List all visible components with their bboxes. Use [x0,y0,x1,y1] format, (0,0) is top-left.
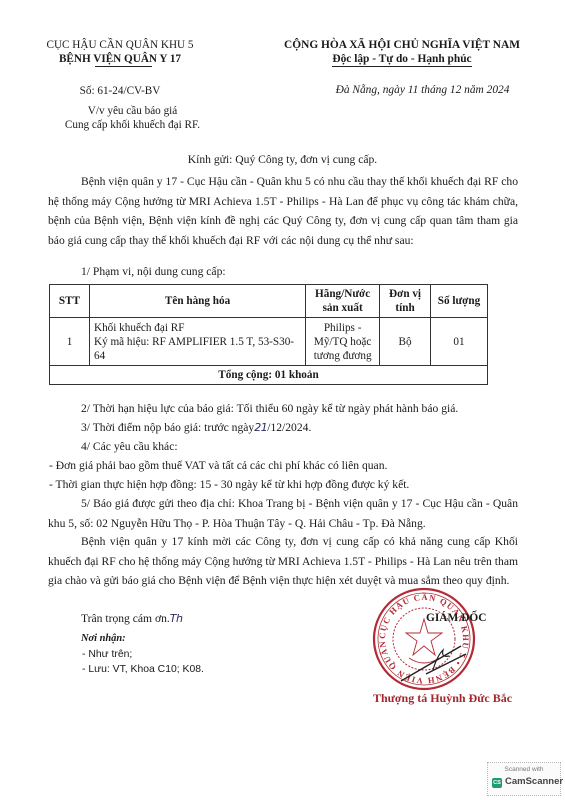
col-header-name: Tên hàng hóa [90,285,306,318]
cell-name: Khối khuếch đại RF Ký mã hiệu: RF AMPLIF… [90,318,306,366]
table-header-row: STT Tên hàng hóa Hãng/Nước sản xuất Đơn … [50,285,488,318]
subject-line-1: V/v yêu cầu báo giá [40,104,225,118]
col-header-stt: STT [50,285,90,318]
recipient-item: - Lưu: VT, Khoa C10; K08. [82,662,204,677]
document-number: Số: 61-24/CV-BV [45,85,195,97]
section-3: 3/ Thời điểm nộp báo giá: trước ngày21/1… [81,418,311,437]
scanned-with-label: Scanned with [488,766,560,773]
col-header-unit: Đơn vị tính [380,285,431,318]
recipients-title: Nơi nhận: [81,633,126,644]
national-heading: CỘNG HÒA XÃ HỘI CHỦ NGHĨA VIỆT NAM Độc l… [262,38,542,67]
section-2: 2/ Thời hạn hiệu lực của báo giá: Tối th… [81,399,458,418]
handwritten-initials: Th [170,612,183,625]
national-motto: Độc lập - Tự do - Hạnh phúc [332,53,471,67]
recipient-item: - Như trên; [82,647,204,662]
signer-name: Thượng tá Huỳnh Đức Bắc [373,691,512,706]
section-4-title: 4/ Các yêu cầu khác: [81,437,178,456]
director-title: GIÁM ĐỐC [426,612,486,624]
org-underline [95,66,152,67]
camscanner-watermark: Scanned with CS CamScanner [487,762,561,796]
section-3-prefix: 3/ Thời điểm nộp báo giá: trước ngày [81,421,254,434]
table-total-row: Tổng cộng: 01 khoản [50,366,488,385]
section-1-title: 1/ Phạm vi, nội dung cung cấp: [81,262,226,281]
thanks-text: Trân trọng cám ơn. [81,612,170,625]
nation-name: CỘNG HÒA XÃ HỘI CHỦ NGHĨA VIỆT NAM [262,38,542,52]
items-table: STT Tên hàng hóa Hãng/Nước sản xuất Đơn … [49,284,488,385]
official-stamp-icon: CỤC HẬU CẦN QUÂN KHU 5 • BỆNH VIỆN QUÂN … [371,586,477,692]
item-name: Khối khuếch đại RF [94,321,301,335]
requirement-item: - Thời gian thực hiện hợp đồng: 15 - 30 … [49,475,409,494]
greeting: Kính gửi: Quý Công ty, đơn vị cung cấp. [0,153,565,166]
organization-name: BỆNH VIỆN QUÂN Y 17 [20,52,220,66]
subject: V/v yêu cầu báo giá Cung cấp khối khuếch… [40,104,225,132]
cell-manufacturer: Philips - Mỹ/TQ hoặc tương đương [306,318,380,366]
camscanner-logo-icon: CS [492,778,502,788]
table-total: Tổng cộng: 01 khoản [50,366,488,385]
section-3-suffix: /12/2024. [267,421,311,434]
cell-stt: 1 [50,318,90,366]
col-header-manufacturer: Hãng/Nước sản xuất [306,285,380,318]
requirement-item: - Đơn giá phải bao gồm thuế VAT và tất c… [49,456,387,475]
thanks: Trân trọng cám ơn.Th [81,609,183,628]
cell-unit: Bộ [380,318,431,366]
closing-paragraph: Bệnh viện quân y 17 kính mời các Công ty… [48,532,518,591]
camscanner-brand: CamScanner [505,776,563,787]
intro-paragraph: Bệnh viện quân y 17 - Cục Hậu cần - Quân… [48,172,518,250]
issuing-organization: CỤC HẬU CẦN QUÂN KHU 5 BỆNH VIỆN QUÂN Y … [20,38,220,66]
recipients-list: - Như trên; - Lưu: VT, Khoa C10; K08. [82,647,204,677]
col-header-quantity: Số lượng [430,285,487,318]
section-5: 5/ Báo giá được gửi theo địa chỉ: Khoa T… [48,494,518,533]
subject-line-2: Cung cấp khối khuếch đại RF. [40,118,225,132]
parent-organization: CỤC HẬU CẦN QUÂN KHU 5 [20,38,220,52]
organization-name-text: BỆNH VIỆN QUÂN Y 17 [59,53,181,65]
table-row: 1 Khối khuếch đại RF Ký mã hiệu: RF AMPL… [50,318,488,366]
place-date: Đà Nẵng, ngày 11 tháng 12 năm 2024 [300,84,545,96]
handwritten-day: 21 [254,421,267,434]
cell-quantity: 01 [430,318,487,366]
item-model: Ký mã hiệu: RF AMPLIFIER 1.5 T, 53-S30-6… [94,335,301,363]
